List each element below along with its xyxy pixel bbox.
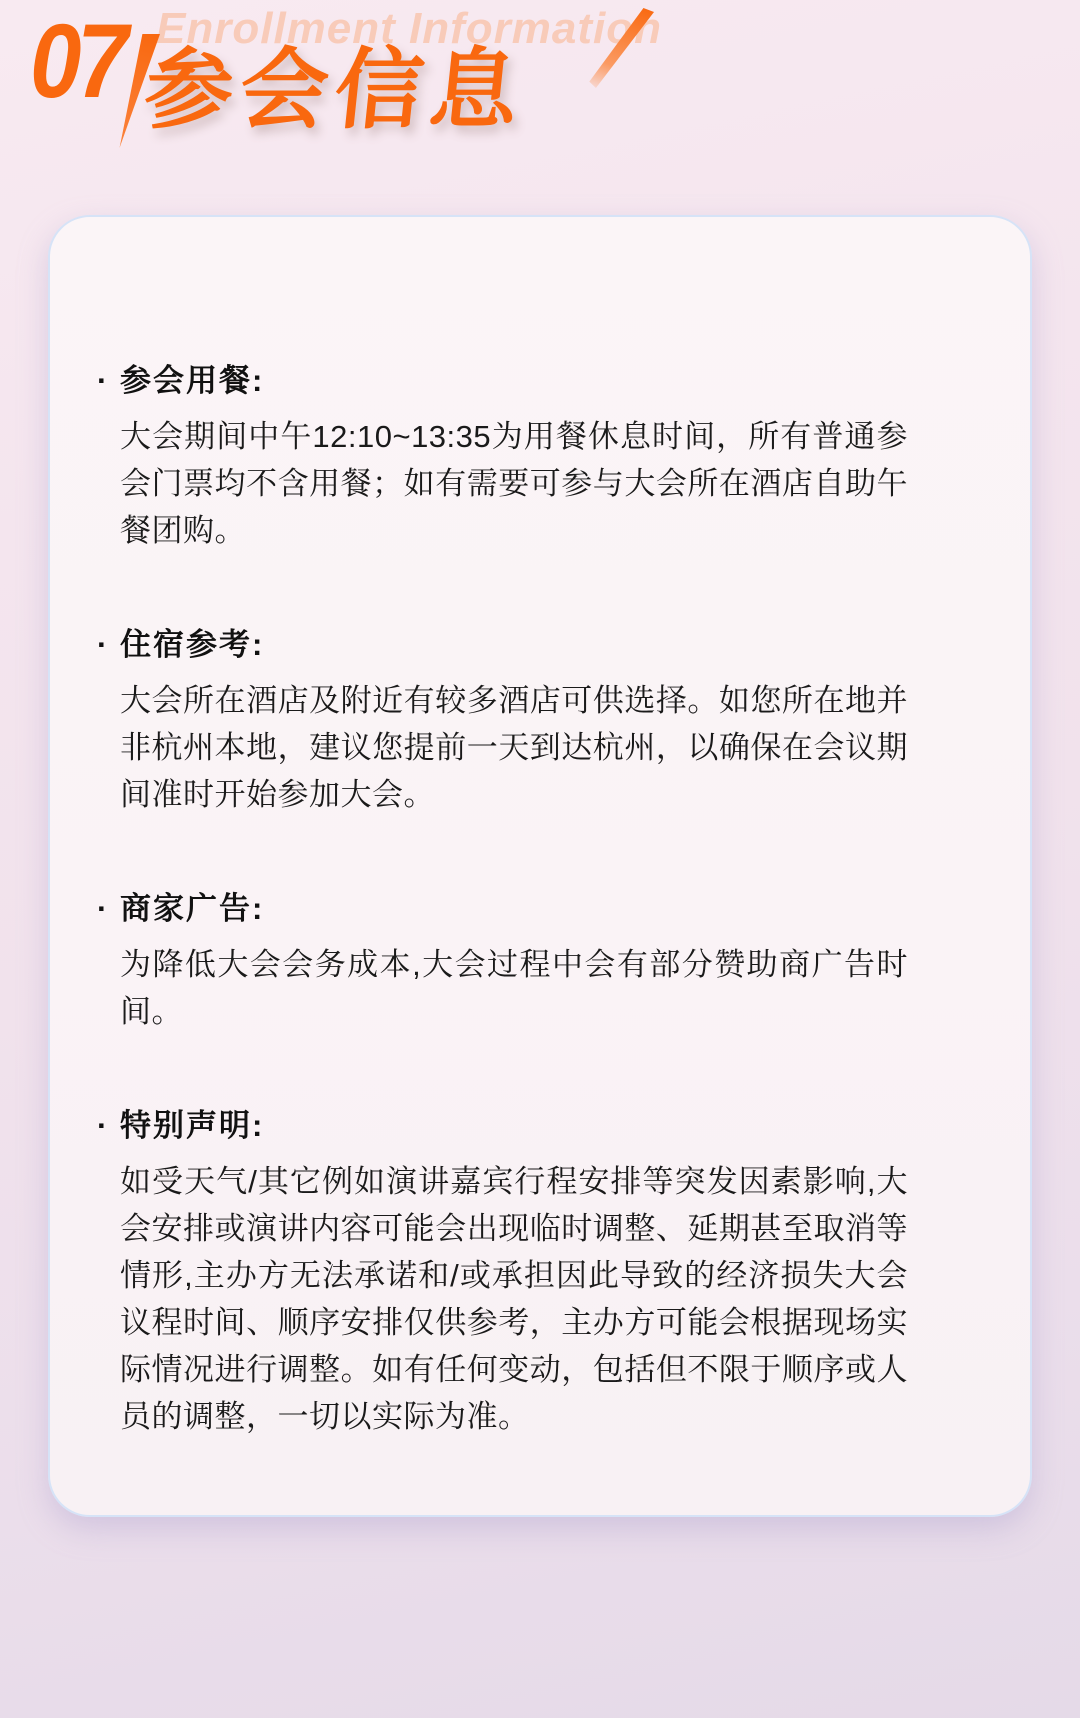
section-body-text: 大会所在酒店及附近有较多酒店可供选择。如您所在地并非杭州本地，建议您提前一天到达…	[120, 677, 908, 818]
info-section: · 特别声明: 如受天气/其它例如演讲嘉宾行程安排等突发因素影响,大会安排或演讲…	[97, 1107, 908, 1440]
info-section: · 参会用餐: 大会期间中午12:10~13:35为用餐休息时间，所有普通参会门…	[97, 362, 908, 554]
section-heading-row: · 住宿参考:	[97, 626, 908, 664]
section-heading-row: · 参会用餐:	[97, 362, 908, 400]
page-title: 参会信息	[140, 42, 530, 139]
bullet-icon: ·	[97, 626, 120, 664]
section-body-text: 为降低大会会务成本,大会过程中会有部分赞助商广告时间。	[120, 941, 908, 1035]
section-heading: 商家广告:	[120, 890, 264, 928]
section-number: 07	[30, 12, 124, 112]
page-header: Enrollment Information 07 参会信息	[0, 0, 1080, 215]
section-heading: 特别声明:	[120, 1107, 264, 1145]
info-section: · 住宿参考: 大会所在酒店及附近有较多酒店可供选择。如您所在地并非杭州本地，建…	[97, 626, 908, 818]
section-heading-row: · 特别声明:	[97, 1107, 908, 1145]
section-heading-row: · 商家广告:	[97, 890, 908, 928]
section-heading: 住宿参考:	[120, 626, 264, 664]
section-body-text: 如受天气/其它例如演讲嘉宾行程安排等突发因素影响,大会安排或演讲内容可能会出现临…	[120, 1158, 908, 1440]
bullet-icon: ·	[97, 1107, 120, 1145]
section-heading: 参会用餐:	[120, 362, 264, 400]
info-section: · 商家广告: 为降低大会会务成本,大会过程中会有部分赞助商广告时间。	[97, 890, 908, 1035]
bullet-icon: ·	[97, 362, 120, 400]
page: Enrollment Information 07 参会信息 · 参会用餐: 大…	[0, 0, 1080, 1718]
info-card: · 参会用餐: 大会期间中午12:10~13:35为用餐休息时间，所有普通参会门…	[48, 215, 1032, 1517]
section-body-text: 大会期间中午12:10~13:35为用餐休息时间，所有普通参会门票均不含用餐；如…	[120, 413, 908, 554]
bullet-icon: ·	[97, 890, 120, 928]
